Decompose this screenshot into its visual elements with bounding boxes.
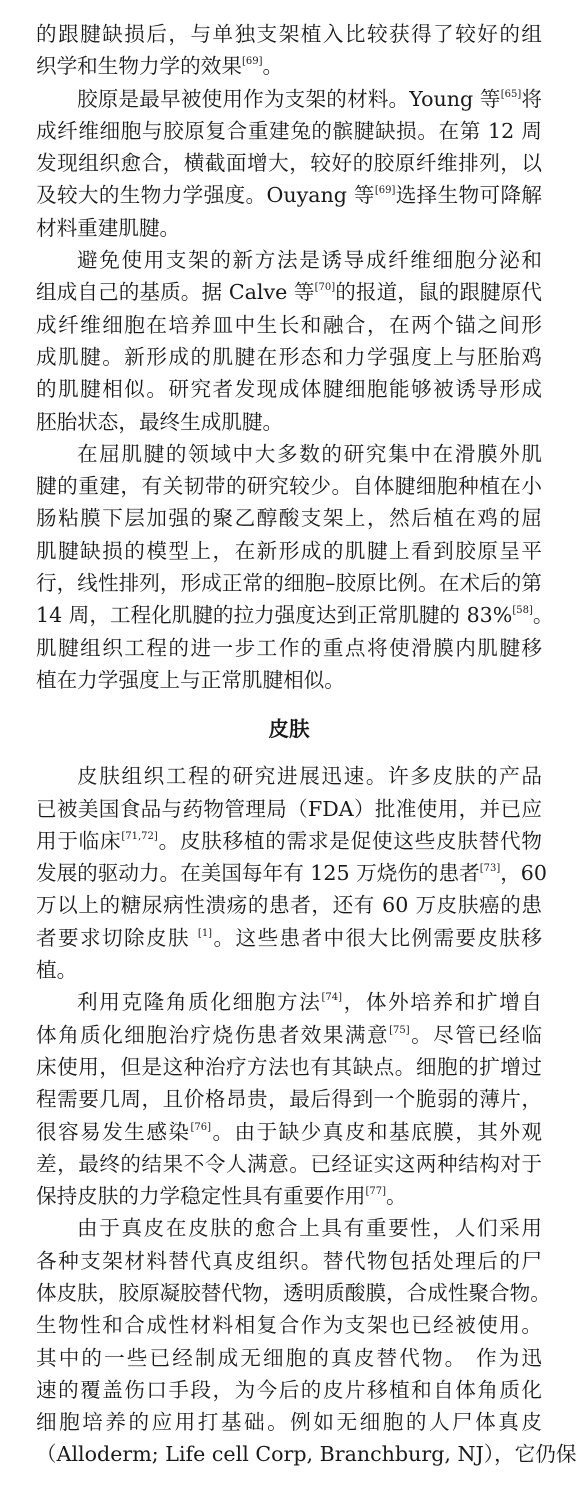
text-line: 体角质化细胞治疗烧伤患者效果满意[75]。尽管已经临	[36, 1019, 542, 1051]
citation-ref: [1]	[198, 928, 212, 939]
text-line: 发展的驱动力。在美国每年有 125 万烧伤的患者[73]，60	[36, 857, 542, 889]
citation-ref: [77]	[366, 1186, 387, 1197]
text-line: 腱的重建，有关韧带的研究较少。自体腱细胞种植在小	[36, 470, 542, 502]
citation-ref: [58]	[512, 605, 533, 616]
text-line: 14 周，工程化肌腱的拉力强度达到正常肌腱的 83%[58]。	[36, 599, 542, 631]
citation-ref: [70]	[315, 282, 336, 293]
text-line: 者要求切除皮肤 [1]。这些患者中很大比例需要皮肤移	[36, 922, 542, 954]
text-line: 发现组织愈合，横截面增大，较好的胶原纤维排列，以	[36, 147, 542, 179]
section-heading-skin: 皮肤	[36, 698, 542, 760]
paragraph: 由于真皮在皮肤的愈合上具有重要性，人们采用各种支架材料替代真皮组织。替代物包括处…	[36, 1212, 542, 1470]
text-line: 材料重建肌腱。	[36, 212, 542, 244]
citation-ref: [76]	[190, 1122, 211, 1133]
text-line: 万以上的糖尿病性溃疡的患者，还有 60 万皮肤癌的患	[36, 889, 542, 921]
text-line: 组成自己的基质。据 Calve 等[70]的报道，鼠的跟腱原代	[36, 276, 542, 308]
text-line: （Alloderm; Life cell Corp, Branchburg, N…	[36, 1438, 542, 1470]
citation-ref: [69]	[242, 56, 263, 67]
text-line: 肌腱缺损的模型上，在新形成的肌腱上看到胶原呈平	[36, 535, 542, 567]
text-line: 各种支架材料替代真皮组织。替代物包括处理后的尸	[36, 1245, 542, 1277]
paragraph: 在屈肌腱的领域中大多数的研究集中在滑膜外肌腱的重建，有关韧带的研究较少。自体腱细…	[36, 438, 542, 696]
text-line: 很容易发生感染[76]。由于缺少真皮和基底膜，其外观	[36, 1116, 542, 1148]
citation-ref: [73]	[480, 863, 501, 874]
citation-ref: [71,72]	[121, 831, 157, 842]
paragraph: 利用克隆角质化细胞方法[74]，体外培养和扩增自体角质化细胞治疗烧伤患者效果满意…	[36, 986, 542, 1212]
text-line: 及较大的生物力学强度。Ouyang 等[69]选择生物可降解	[36, 179, 542, 211]
citation-ref: [65]	[501, 89, 522, 100]
text-line: 已被美国食品与药物管理局（FDA）批准使用，并已应	[36, 793, 542, 825]
text-line: 织学和生物力学的效果[69]。	[36, 50, 542, 82]
citation-ref: [75]	[389, 1025, 410, 1036]
text-line: 行，线性排列，形成正常的细胞–胶原比例。在术后的第	[36, 567, 542, 599]
text-line: 用于临床[71,72]。皮肤移植的需求是促使这些皮肤替代物	[36, 825, 542, 857]
text-line: 体皮肤，胶原凝胶替代物，透明质酸膜，合成性聚合物。	[36, 1277, 542, 1309]
paragraph: 避免使用支架的新方法是诱导成纤维细胞分泌和组成自己的基质。据 Calve 等[7…	[36, 244, 542, 438]
text-line: 速的覆盖伤口手段，为今后的皮片移植和自体角质化	[36, 1374, 542, 1406]
text-line: 细胞培养的应用打基础。例如无细胞的人尸体真皮	[36, 1406, 542, 1438]
document-page: 的跟腱缺损后，与单独支架植入比较获得了较好的组织学和生物力学的效果[69]。胶原…	[36, 18, 542, 1471]
text-line: 肌腱组织工程的进一步工作的重点将使滑膜内肌腱移	[36, 632, 542, 664]
text-line: 成肌腱。新形成的肌腱在形态和力学强度上与胚胎鸡	[36, 341, 542, 373]
citation-ref: [74]	[321, 992, 342, 1003]
text-line: 的肌腱相似。研究者发现成体腱细胞能够被诱导形成	[36, 373, 542, 405]
text-line: 程需要几周，且价格昂贵，最后得到一个脆弱的薄片，	[36, 1083, 542, 1115]
text-line: 胶原是最早被使用作为支架的材料。Young 等[65]将	[36, 83, 542, 115]
text-line: 床使用，但是这种治疗方法也有其缺点。细胞的扩增过	[36, 1051, 542, 1083]
text-line: 生物性和合成性材料相复合作为支架也已经被使用。	[36, 1309, 542, 1341]
text-line: 的跟腱缺损后，与单独支架植入比较获得了较好的组	[36, 18, 542, 50]
paragraph: 皮肤组织工程的研究进展迅速。许多皮肤的产品已被美国食品与药物管理局（FDA）批准…	[36, 760, 542, 986]
paragraph: 胶原是最早被使用作为支架的材料。Young 等[65]将成纤维细胞与胶原复合重建…	[36, 83, 542, 244]
text-line: 在屈肌腱的领域中大多数的研究集中在滑膜外肌	[36, 438, 542, 470]
text-line: 植。	[36, 954, 542, 986]
text-line: 其中的一些已经制成无细胞的真皮替代物。 作为迅	[36, 1342, 542, 1374]
text-line: 成纤维细胞在培养皿中生长和融合，在两个锚之间形	[36, 309, 542, 341]
citation-ref: [69]	[375, 185, 396, 196]
text-line: 避免使用支架的新方法是诱导成纤维细胞分泌和	[36, 244, 542, 276]
text-line: 肠粘膜下层加强的聚乙醇酸支架上，然后植在鸡的屈	[36, 502, 542, 534]
text-line: 差，最终的结果不令人满意。已经证实这两种结构对于	[36, 1148, 542, 1180]
section-skin: 皮肤组织工程的研究进展迅速。许多皮肤的产品已被美国食品与药物管理局（FDA）批准…	[36, 760, 542, 1471]
paragraph: 的跟腱缺损后，与单独支架植入比较获得了较好的组织学和生物力学的效果[69]。	[36, 18, 542, 83]
text-line: 植在力学强度上与正常肌腱相似。	[36, 664, 542, 696]
text-line: 成纤维细胞与胶原复合重建兔的髌腱缺损。在第 12 周	[36, 115, 542, 147]
text-line: 由于真皮在皮肤的愈合上具有重要性，人们采用	[36, 1212, 542, 1244]
section-tendon: 的跟腱缺损后，与单独支架植入比较获得了较好的组织学和生物力学的效果[69]。胶原…	[36, 18, 542, 696]
text-line: 保持皮肤的力学稳定性具有重要作用[77]。	[36, 1180, 542, 1212]
text-line: 皮肤组织工程的研究进展迅速。许多皮肤的产品	[36, 760, 542, 792]
text-line: 胚胎状态，最终生成肌腱。	[36, 406, 542, 438]
text-line: 利用克隆角质化细胞方法[74]，体外培养和扩增自	[36, 986, 542, 1018]
